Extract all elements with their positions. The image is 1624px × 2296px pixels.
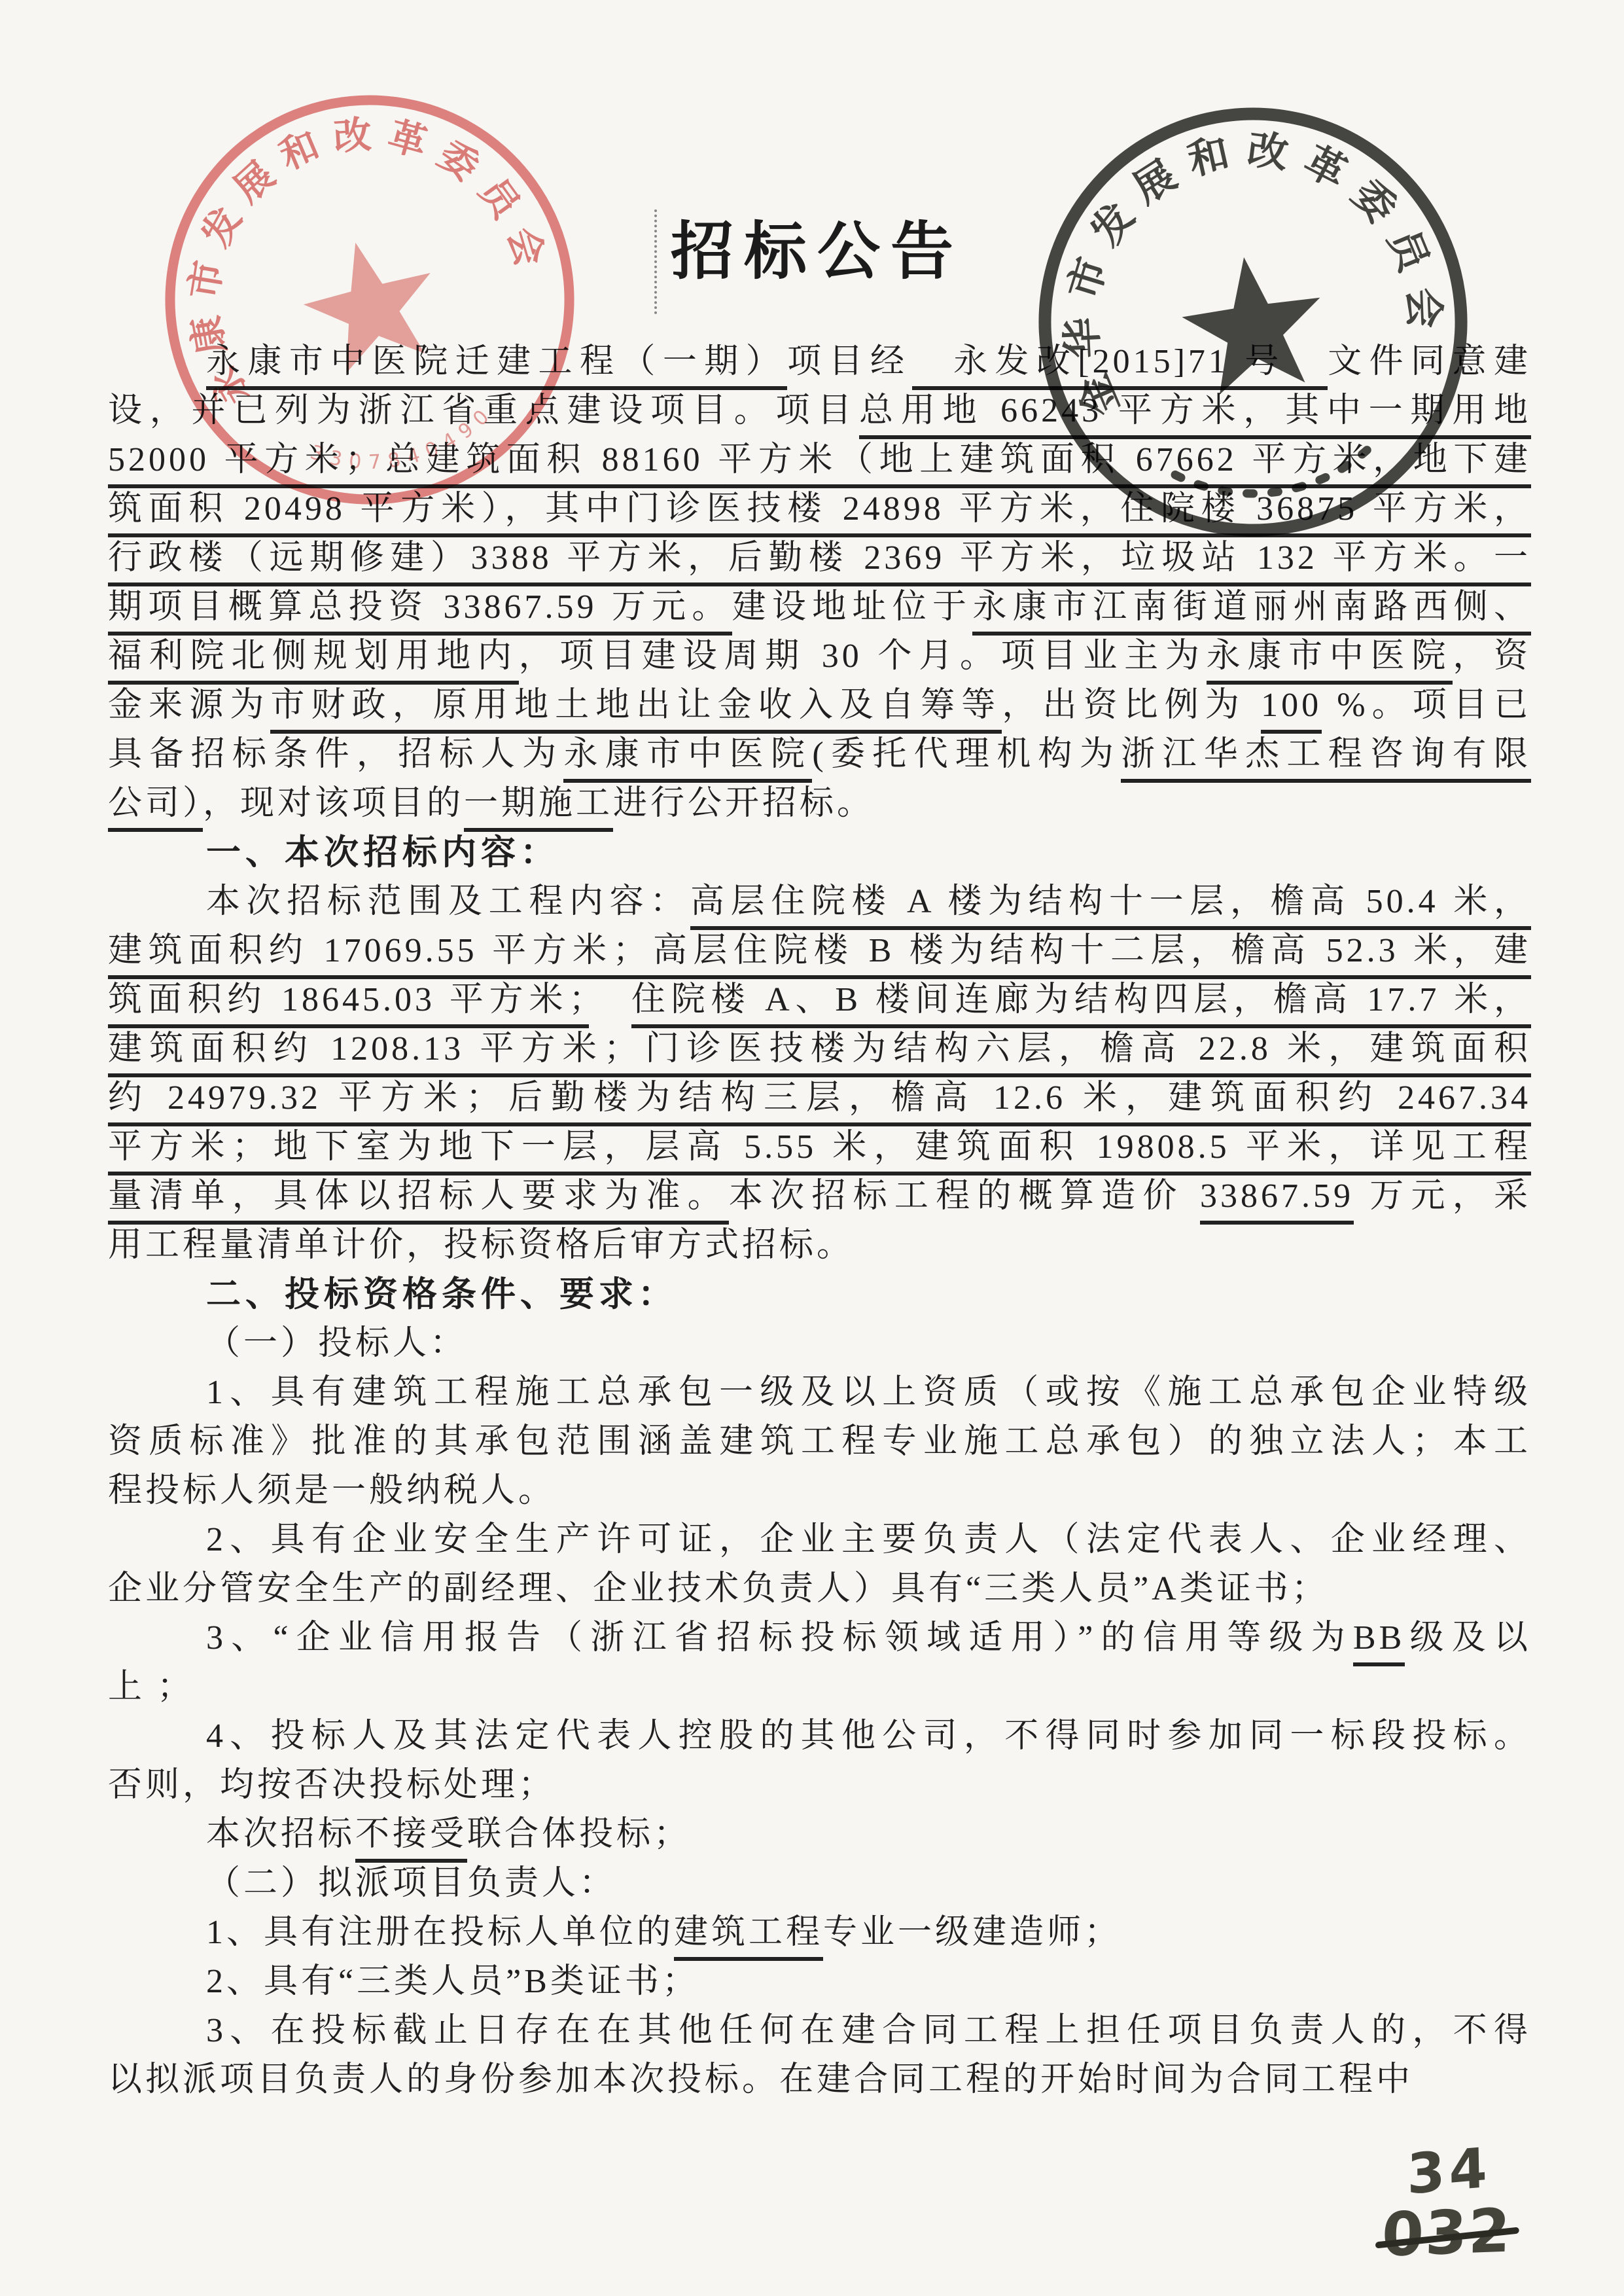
text-line: 金来源为市财政，原用地土地出让金收入及自筹等，出资比例为 100 %。项目已 (108, 681, 1531, 730)
text-line: 以拟派项目负责人的身份参加本次投标。在建合同工程的开始时间为合同工程中 (108, 2055, 1531, 2104)
text-line: 筑面积约 18645.03 平方米； 住院楼 A、B 楼间连廊为结构四层，檐高 … (108, 975, 1531, 1024)
text-line: 52000 平方米；总建筑面积 88160 平方米（地上建筑面积 67662 平… (108, 435, 1531, 484)
text-line: 3、“企业信用报告（浙江省招标投标领域适用）”的信用等级为BB级及以 (108, 1613, 1531, 1662)
text-line: 3、在投标截止日存在在其他任何在建合同工程上担任项目负责人的，不得 (108, 2006, 1531, 2055)
text-line: 期项目概算总投资 33867.59 万元。建设地址位于永康市江南街道丽州南路西侧… (108, 583, 1531, 632)
text-line: 建筑面积约 1208.13 平方米；门诊医技楼为结构六层，檐高 22.8 米，建… (108, 1024, 1531, 1073)
text-line: 1、具有建筑工程施工总承包一级及以上资质（或按《施工总承包企业特级 (108, 1368, 1531, 1417)
text-line: 本次招标范围及工程内容：高层住院楼 A 楼为结构十一层，檐高 50.4 米， (108, 877, 1531, 926)
text-line: 具备招标条件，招标人为永康市中医院(委托代理机构为浙江华杰工程咨询有限 (108, 730, 1531, 779)
text-line: 约 24979.32 平方米；后勤楼为结构三层，檐高 12.6 米，建筑面积约 … (108, 1073, 1531, 1122)
text-line: 永康市中医院迁建工程（一期）项目经 永发改[2015]71 号 文件同意建 (108, 337, 1531, 386)
text-line: 用工程量清单计价，投标资格后审方式招标。 (108, 1221, 1531, 1270)
text-line: 平方米；地下室为地下一层，层高 5.55 米，建筑面积 19808.5 平米，详… (108, 1122, 1531, 1172)
text-line: 企业分管安全生产的副经理、企业技术负责人）具有“三类人员”A类证书； (108, 1564, 1531, 1613)
text-line: 2、具有“三类人员”B类证书； (108, 1957, 1531, 2006)
document-lines: 永康市中医院迁建工程（一期）项目经 永发改[2015]71 号 文件同意建设，并… (108, 337, 1531, 2104)
text-line: 资质标准》批准的其承包范围涵盖建筑工程专业施工总承包）的独立法人；本工 (108, 1417, 1531, 1466)
page-title: 招标公告 (671, 202, 964, 291)
text-line: （一）投标人： (108, 1319, 1531, 1368)
text-line: （二）拟派项目负责人： (108, 1859, 1531, 1908)
text-line: 行政楼（远期修建）3388 平方米，后勤楼 2369 平方米，垃圾站 132 平… (108, 533, 1531, 583)
text-line: 二、投标资格条件、要求： (108, 1270, 1531, 1319)
page-number-crossed-out: 032 (1381, 2195, 1512, 2270)
scan-crease-artifact (654, 209, 657, 314)
text-line: 一、本次招标内容： (108, 828, 1531, 877)
text-line: 设，并已列为浙江省重点建设项目。项目总用地 66243 平方米，其中一期用地 (108, 386, 1531, 435)
text-line: 公司），现对该项目的一期施工进行公开招标。 (108, 779, 1531, 828)
text-line: 上 ； (108, 1662, 1531, 1712)
scanned-document-page: 招标公告 永康市中医院迁建工程（一期）项目经 永发改[2015]71 号 文件同… (0, 0, 1624, 2296)
text-line: 本次招标不接受联合体投标； (108, 1810, 1531, 1859)
text-line: 量清单，具体以招标人要求为准。本次招标工程的概算造价 33867.59 万元，采 (108, 1172, 1531, 1221)
text-line: 4、投标人及其法定代表人控股的其他公司，不得同时参加同一标段投标。 (108, 1712, 1531, 1761)
text-line: 筑面积 20498 平方米），其中门诊医技楼 24898 平方米，住院楼 368… (108, 484, 1531, 533)
text-line: 程投标人须是一般纳税人。 (108, 1466, 1531, 1515)
text-line: 1、具有注册在投标人单位的建筑工程专业一级建造师； (108, 1908, 1531, 1957)
text-line: 否则，均按否决投标处理； (108, 1761, 1531, 1810)
text-line: 建筑面积约 17069.55 平方米；高层住院楼 B 楼为结构十二层，檐高 52… (108, 926, 1531, 975)
text-line: 2、具有企业安全生产许可证，企业主要负责人（法定代表人、企业经理、 (108, 1515, 1531, 1564)
text-line: 福利院北侧规划用地内，项目建设周期 30 个月。项目业主为永康市中医院，资 (108, 632, 1531, 681)
